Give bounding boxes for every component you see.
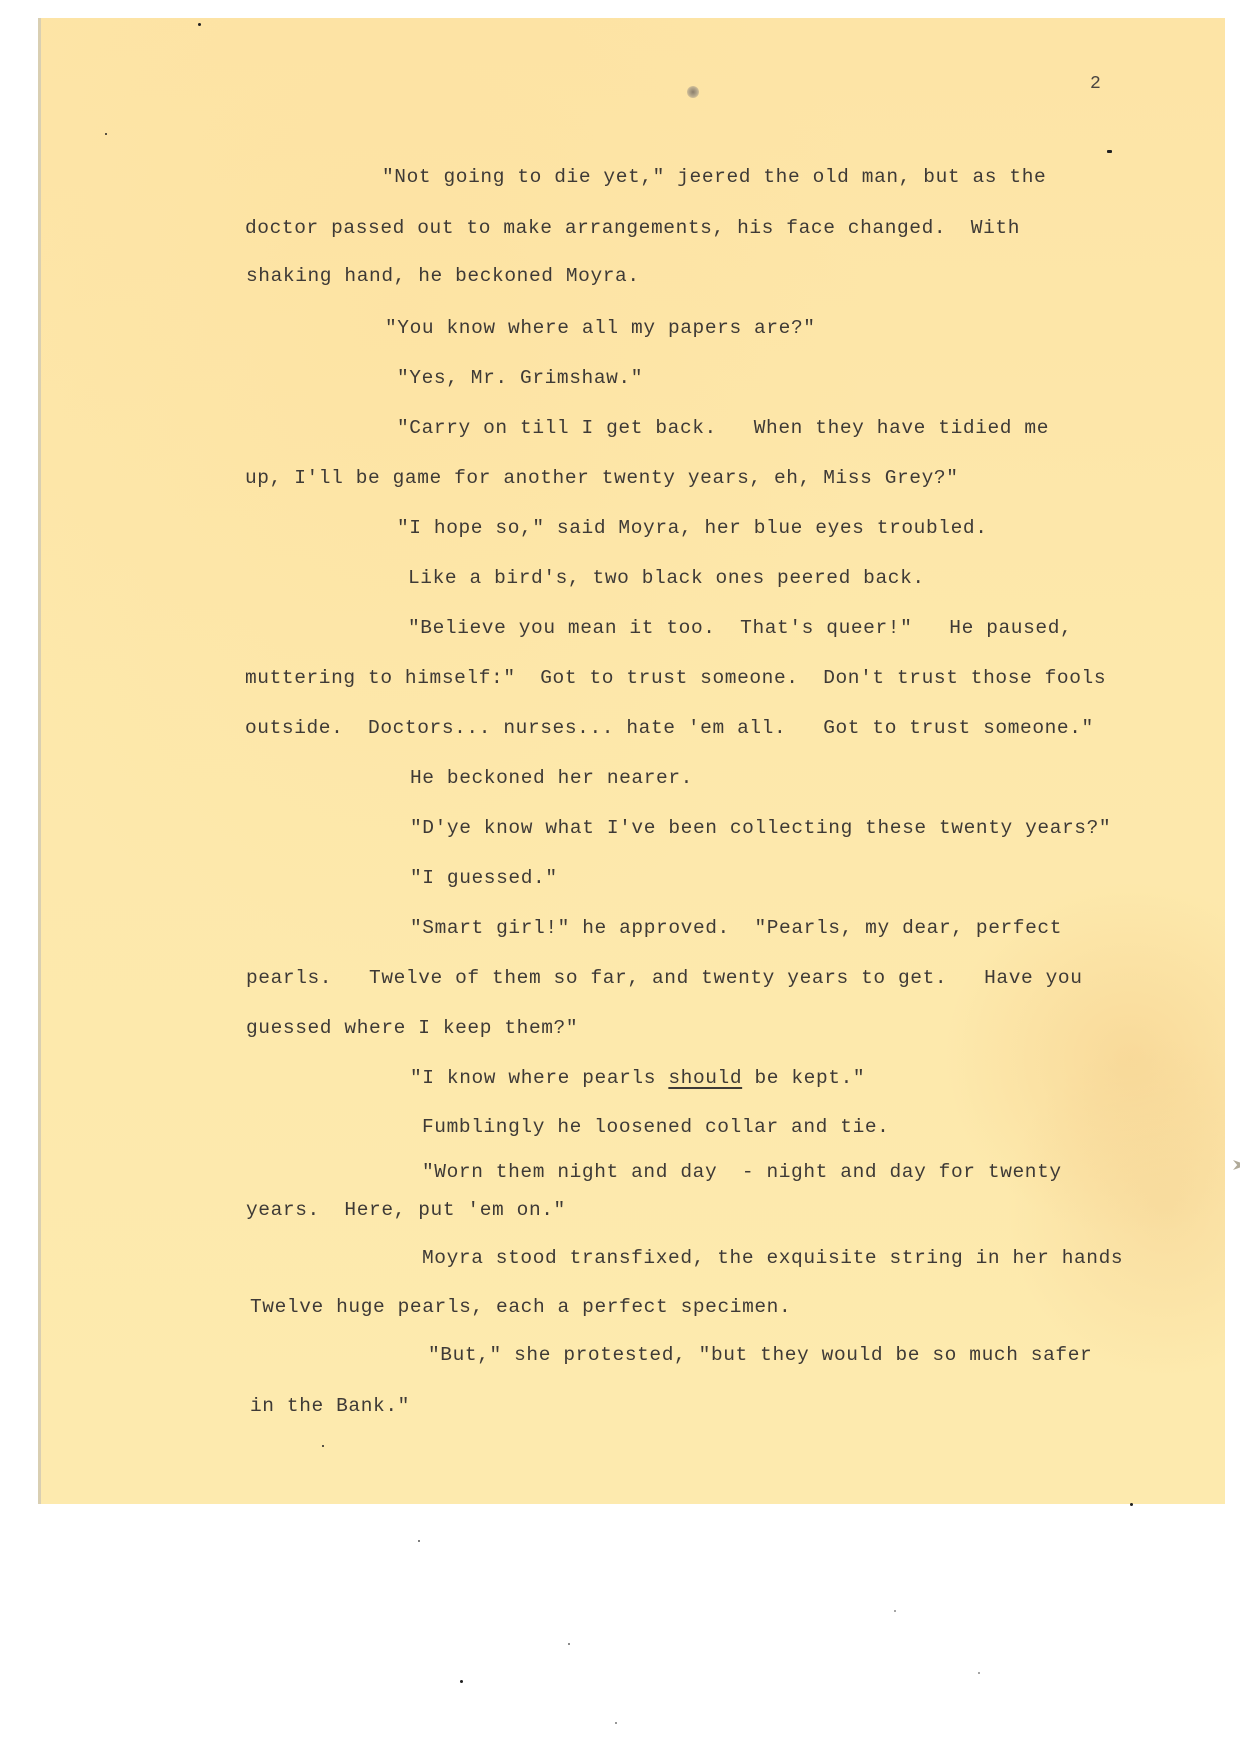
text-line: Moyra stood transfixed, the exquisite st… — [422, 1246, 1123, 1270]
text-line: "I guessed." — [410, 866, 558, 890]
text-line: "Smart girl!" he approved. "Pearls, my d… — [410, 916, 1062, 940]
page-number: 2 — [1090, 74, 1101, 94]
text-line: "Not going to die yet," jeered the old m… — [382, 165, 1046, 189]
paper-edge-mark — [1233, 1160, 1240, 1170]
text-line: in the Bank." — [250, 1394, 410, 1418]
text-line: up, I'll be game for another twenty year… — [245, 466, 959, 490]
speck — [615, 1722, 617, 1724]
underlined-word: should — [668, 1067, 742, 1089]
text-line: He beckoned her nearer. — [410, 766, 693, 790]
text-line: muttering to himself:" Got to trust some… — [245, 666, 1106, 690]
speck — [1130, 1503, 1133, 1506]
speck — [105, 133, 107, 135]
typewritten-page — [38, 18, 1225, 1504]
speck — [568, 1643, 570, 1645]
text-line: "D'ye know what I've been collecting the… — [410, 816, 1111, 840]
speck — [418, 1540, 420, 1542]
text-line: "Worn them night and day - night and day… — [422, 1160, 1062, 1184]
speck — [460, 1680, 463, 1683]
text-line: shaking hand, he beckoned Moyra. — [246, 264, 640, 288]
text-line-emphasis: "I know where pearls should be kept." — [410, 1066, 865, 1090]
text-segment: "I know where pearls — [410, 1067, 668, 1089]
speck — [198, 23, 201, 26]
speck — [322, 1445, 324, 1447]
text-line: guessed where I keep them?" — [246, 1016, 578, 1040]
text-line: "Carry on till I get back. When they hav… — [397, 416, 1049, 440]
text-line: "You know where all my papers are?" — [385, 316, 816, 340]
text-line: doctor passed out to make arrangements, … — [245, 216, 1020, 240]
text-line: "I hope so," said Moyra, her blue eyes t… — [397, 516, 988, 540]
text-line: Like a bird's, two black ones peered bac… — [408, 566, 925, 590]
text-line: pearls. Twelve of them so far, and twent… — [246, 966, 1083, 990]
text-line: "Believe you mean it too. That's queer!"… — [408, 616, 1072, 640]
text-line: Twelve huge pearls, each a perfect speci… — [250, 1295, 791, 1319]
ink-blot — [687, 86, 699, 98]
text-line: outside. Doctors... nurses... hate 'em a… — [245, 716, 1094, 740]
text-line: "Yes, Mr. Grimshaw." — [397, 366, 643, 390]
text-line: years. Here, put 'em on." — [246, 1198, 566, 1222]
text-line: Fumblingly he loosened collar and tie. — [422, 1115, 889, 1139]
text-segment: be kept." — [742, 1067, 865, 1089]
speck — [978, 1672, 980, 1674]
speck — [1107, 150, 1112, 153]
speck — [894, 1610, 896, 1612]
text-line: "But," she protested, "but they would be… — [428, 1343, 1092, 1367]
